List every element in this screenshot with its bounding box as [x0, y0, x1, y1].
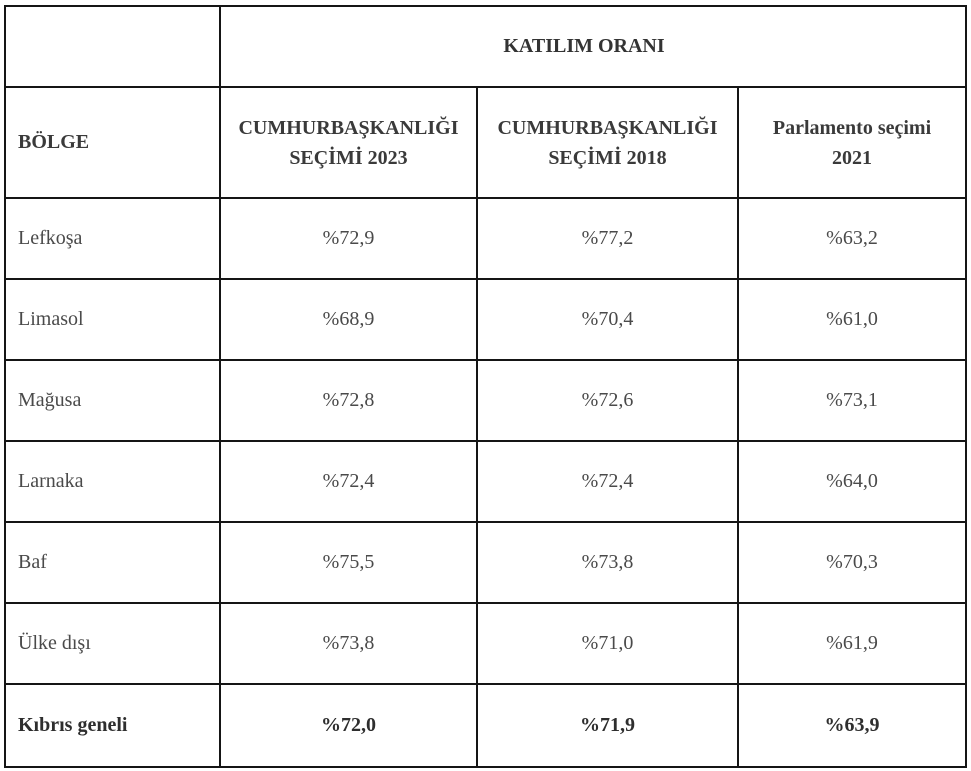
value-cell-2018: %70,4: [477, 279, 738, 360]
value-cell-2018: %71,9: [477, 684, 738, 767]
column-header-line1: CUMHURBAŞKANLIĞI: [221, 113, 476, 143]
value-cell-2018: %72,6: [477, 360, 738, 441]
column-header-line1: Parlamento seçimi: [739, 113, 965, 143]
column-header-label: BÖLGE: [18, 131, 89, 153]
value-cell-2023: %72,8: [220, 360, 477, 441]
value-cell-2023: %73,8: [220, 603, 477, 684]
value-cell-2023: %75,5: [220, 522, 477, 603]
column-header-region: BÖLGE: [5, 87, 220, 198]
region-cell: Lefkoşa: [5, 198, 220, 279]
table-row: Baf%75,5%73,8%70,3: [5, 522, 966, 603]
title-row: KATILIM ORANI: [5, 6, 966, 87]
total-row: Kıbrıs geneli %72,0 %71,9 %63,9: [5, 684, 966, 767]
value-cell-2023: %72,0: [220, 684, 477, 767]
value-cell-2018: %72,4: [477, 441, 738, 522]
value-cell-2018: %71,0: [477, 603, 738, 684]
value-cell-2021: %63,9: [738, 684, 966, 767]
table-row: Lefkoşa%72,9%77,2%63,2: [5, 198, 966, 279]
region-cell: Mağusa: [5, 360, 220, 441]
region-cell: Ülke dışı: [5, 603, 220, 684]
value-cell-2021: %64,0: [738, 441, 966, 522]
table-row: Ülke dışı%73,8%71,0%61,9: [5, 603, 966, 684]
value-cell-2018: %73,8: [477, 522, 738, 603]
empty-corner-cell: [5, 6, 220, 87]
region-cell: Kıbrıs geneli: [5, 684, 220, 767]
region-cell: Larnaka: [5, 441, 220, 522]
value-cell-2021: %73,1: [738, 360, 966, 441]
column-header-2023: CUMHURBAŞKANLIĞISEÇİMİ 2023: [220, 87, 477, 198]
column-header-line2: SEÇİMİ 2018: [478, 143, 737, 173]
table-row: Larnaka%72,4%72,4%64,0: [5, 441, 966, 522]
value-cell-2021: %61,0: [738, 279, 966, 360]
group-header: KATILIM ORANI: [220, 6, 966, 87]
column-header-line1: CUMHURBAŞKANLIĞI: [478, 113, 737, 143]
column-header-line2: 2021: [739, 143, 965, 173]
value-cell-2018: %77,2: [477, 198, 738, 279]
region-cell: Limasol: [5, 279, 220, 360]
value-cell-2021: %61,9: [738, 603, 966, 684]
value-cell-2023: %72,9: [220, 198, 477, 279]
group-header-label: KATILIM ORANI: [503, 35, 664, 57]
data-rows: Lefkoşa%72,9%77,2%63,2Limasol%68,9%70,4%…: [5, 198, 966, 684]
column-header-2018: CUMHURBAŞKANLIĞISEÇİMİ 2018: [477, 87, 738, 198]
column-header-2021: Parlamento seçimi2021: [738, 87, 966, 198]
table-row: Limasol%68,9%70,4%61,0: [5, 279, 966, 360]
table-row: Mağusa%72,8%72,6%73,1: [5, 360, 966, 441]
region-cell: Baf: [5, 522, 220, 603]
value-cell-2023: %72,4: [220, 441, 477, 522]
value-cell-2023: %68,9: [220, 279, 477, 360]
turnout-table: KATILIM ORANI BÖLGE CUMHURBAŞKANLIĞISEÇİ…: [4, 5, 967, 768]
value-cell-2021: %70,3: [738, 522, 966, 603]
value-cell-2021: %63,2: [738, 198, 966, 279]
column-header-line2: SEÇİMİ 2023: [221, 143, 476, 173]
column-header-row: BÖLGE CUMHURBAŞKANLIĞISEÇİMİ 2023 CUMHUR…: [5, 87, 966, 198]
